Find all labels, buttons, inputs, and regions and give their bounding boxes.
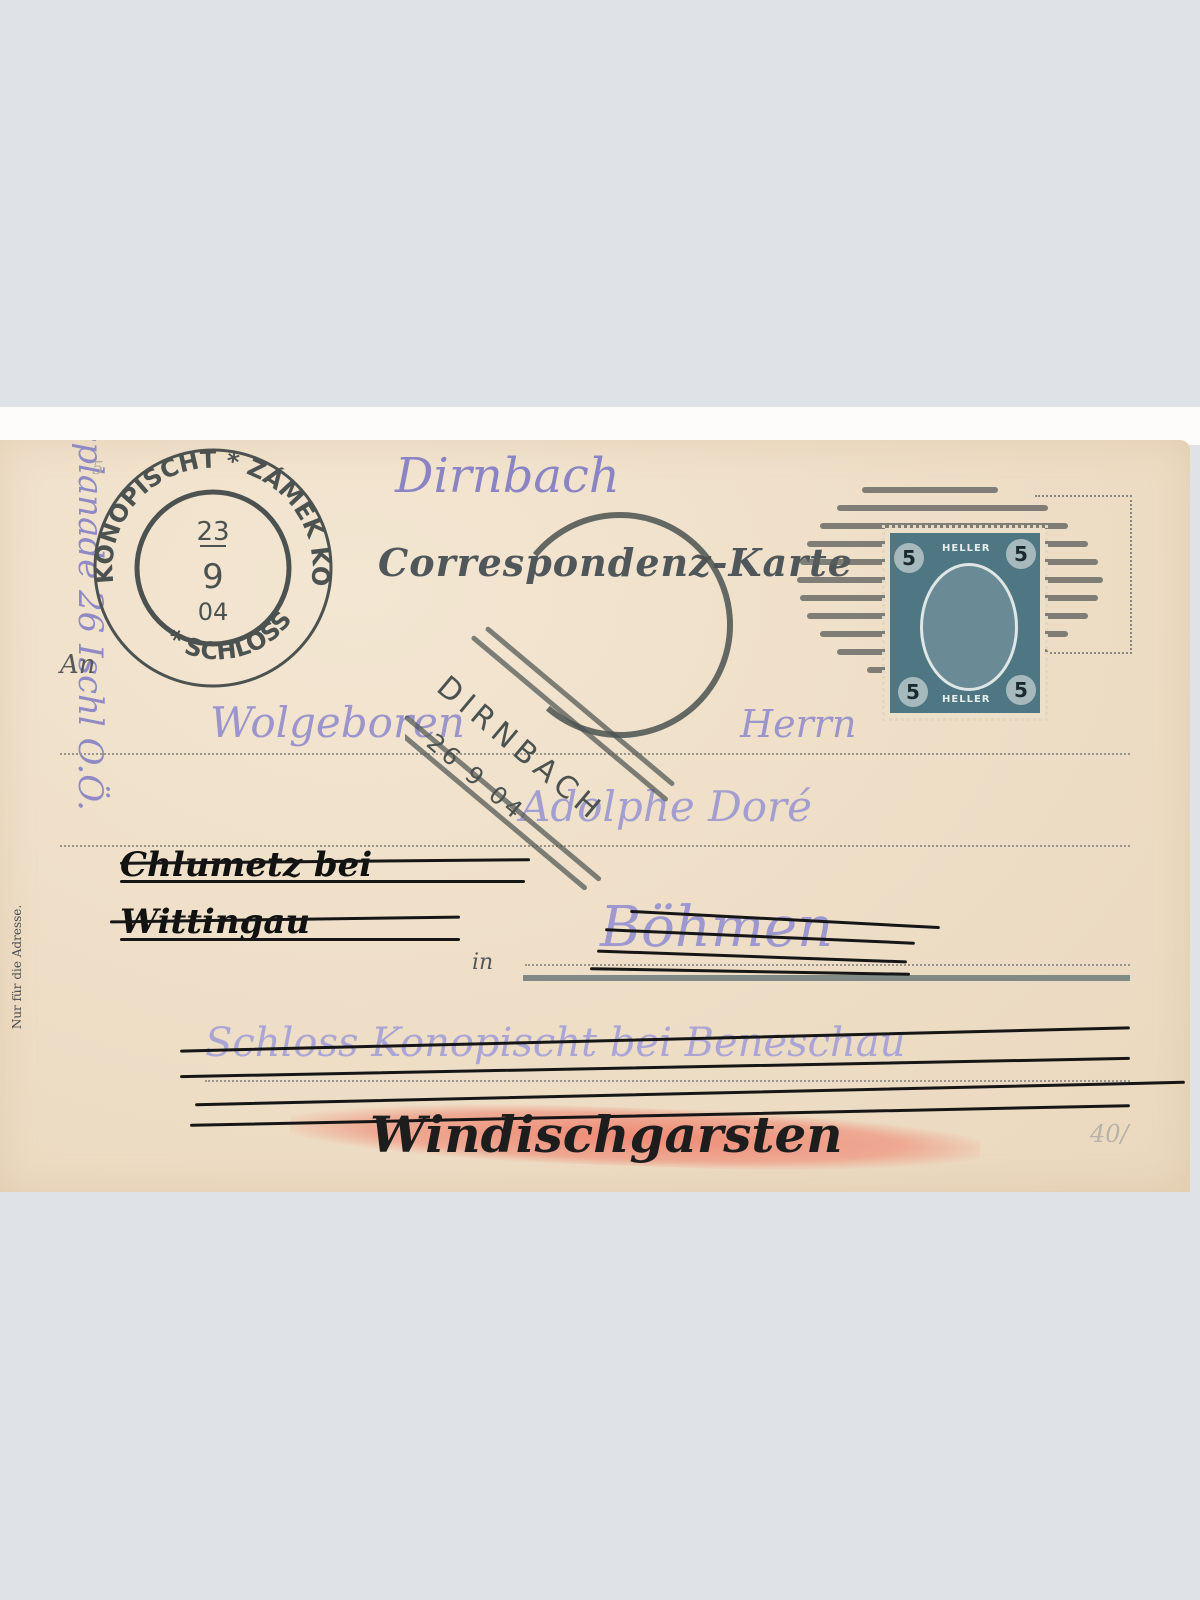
in-label: in: [472, 950, 493, 975]
svg-text:04: 04: [198, 598, 229, 626]
forwarding-destination: Windischgarsten: [370, 1105, 843, 1164]
stamp-unit-bottom: HELLER: [942, 694, 990, 705]
stamp-value-tr: 5: [1006, 539, 1036, 569]
stamp-value-br: 5: [1006, 675, 1036, 705]
handwritten-place: Dirnbach: [395, 448, 620, 504]
svg-text:9: 9: [202, 557, 224, 597]
postage-stamp-5-heller: 5 5 5 5 HELLER HELLER: [885, 528, 1045, 718]
title-handwriting: Herrn: [740, 702, 856, 746]
address-line-3: [525, 964, 1130, 966]
address-only-notice: Nur für die Adresse.: [10, 905, 24, 1029]
emperor-portrait: [920, 563, 1018, 691]
address-prefix: An: [60, 650, 96, 680]
svg-text:* SCHLOSS: * SCHLOSS: [162, 606, 298, 666]
stamp-unit-top: HELLER: [942, 543, 990, 554]
stamp-value-bl: 5: [898, 677, 928, 707]
konopischt-postmark: KONOPISCHT * ZÁMEK KONOPIŠTĚ * SCHLOSS 2…: [80, 440, 350, 700]
stamp-value-tl: 5: [894, 543, 924, 573]
svg-text:23: 23: [196, 517, 229, 547]
pencil-note: 40/: [1090, 1120, 1129, 1148]
address-underline: [523, 975, 1130, 981]
strike-line: [120, 938, 460, 941]
address-line-4: [205, 1080, 1130, 1082]
dirnbach-postmark: DIRNBACH 26 9 04: [405, 510, 735, 890]
postcard: Esplanade 26 Ischl O.Ö. Nur für die Adre…: [0, 440, 1190, 1192]
struck-line-1: Chlumetz bei: [120, 845, 372, 885]
strike-line: [195, 1081, 1185, 1106]
